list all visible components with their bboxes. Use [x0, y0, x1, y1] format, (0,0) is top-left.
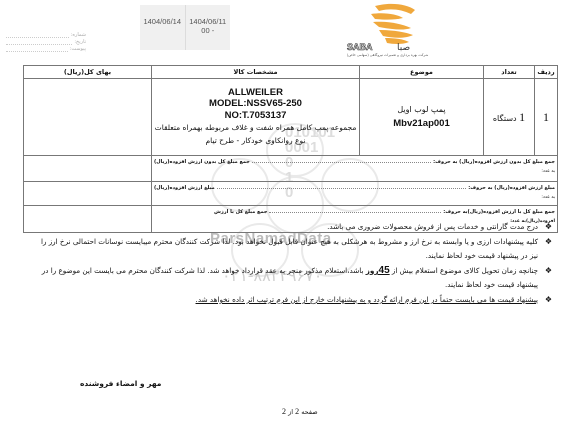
- cell-subject: پمپ لوب اویل Mbv21ap001: [360, 79, 484, 156]
- logo-subtitle: شرکت بهره برداری و تعمیرات نیروگاهی (سها…: [347, 53, 428, 57]
- bullet-icon: ❖: [545, 293, 552, 308]
- note-text-underlined: پیشنهاد قیمت ها می بایست حتماً در این فر…: [196, 295, 538, 304]
- meta-number-label: شماره:: [71, 32, 86, 38]
- page-label: صفحه: [301, 408, 318, 416]
- meta-date-line: [6, 40, 72, 45]
- col-header-price: بهای کل(ریال): [24, 66, 152, 79]
- spec-desc-1: مجموعه پمپ کامل همراه شفت و غلاف مربوطه …: [152, 121, 359, 134]
- spec-serial: NO:T.7053137: [152, 110, 359, 122]
- price-inquiry-table: ردیف تعداد موضوع مشخصات کالا بهای کل(ریا…: [23, 65, 558, 233]
- seller-signature-label: مهر و امضاء فروشنده: [80, 379, 161, 388]
- delivery-days: 45: [379, 265, 390, 276]
- svg-text:صبا: صبا: [397, 43, 410, 52]
- meta-date-label: تاریخ:: [74, 39, 86, 45]
- summary-value-vat[interactable]: [24, 182, 152, 206]
- summary-row-vat: مبلغ ارزش افزوده(ریال) به حروف:مبلغ ارزش…: [24, 182, 558, 206]
- summary-words: جمع مبلغ کل بدون ارزش افزوده(ریال) به حر…: [433, 159, 555, 165]
- page-total: 2: [282, 407, 286, 416]
- col-header-subject: موضوع: [360, 66, 484, 79]
- note-form-required: ❖ پیشنهاد قیمت ها می بایست حتماً در این …: [40, 293, 552, 308]
- svg-text:SABA: SABA: [347, 42, 373, 52]
- summary-words: جمع مبلغ کل با ارزش افزوده(ریال)به حروف:: [443, 209, 555, 215]
- subject-code: Mbv21ap001: [360, 117, 483, 131]
- date-deadline: 1404/06/14: [140, 5, 185, 50]
- page-number: صفحه 2 از 2: [282, 407, 318, 416]
- summary-label-cell: جمع مبلغ کل بدون ارزش افزوده(ریال) به حر…: [152, 156, 558, 182]
- note-text-pre: چنانچه زمان تحویل کالای موضوع استعلام بی…: [390, 266, 538, 275]
- note-currency: ❖ کلیه پیشنهادات ارزی و یا وابسته به نرخ…: [40, 235, 552, 264]
- terms-notes: ❖ درج مدت گارانتی و خدمات پس از فروش محص…: [40, 220, 552, 308]
- dotted-line: [217, 185, 467, 189]
- dotted-line: [252, 159, 431, 163]
- dotted-line: [269, 209, 441, 213]
- bullet-icon: ❖: [545, 235, 552, 250]
- cell-spec: ALLWEILER MODEL:NSSV65-250 NO:T.7053137 …: [152, 79, 360, 156]
- meta-number: شماره:: [6, 31, 86, 38]
- col-header-row: ردیف: [535, 66, 558, 79]
- summary-label: جمع مبلغ کل با ارزش: [214, 209, 267, 215]
- saba-logo: SABA صبا شرکت بهره برداری و تعمیرات نیرو…: [345, 2, 445, 60]
- meta-number-line: [6, 33, 69, 38]
- summary-label: جمع مبلغ کل بدون ارزش افزوده(ریال): [154, 159, 250, 165]
- date-box: 1404/06/14 1404/06/11 00 -: [140, 5, 230, 50]
- col-header-qty: تعداد: [484, 66, 535, 79]
- summary-label: مبلغ ارزش افزوده(ریال): [154, 185, 215, 191]
- saba-logo-icon: SABA صبا: [345, 2, 445, 52]
- cell-price[interactable]: [24, 79, 152, 156]
- summary-row-total-without-vat: جمع مبلغ کل بدون ارزش افزوده(ریال) به حر…: [24, 156, 558, 182]
- note-text: پیشنهاد قیمت ها می بایست حتماً در این فر…: [40, 293, 538, 308]
- table-row: 1 1 دستگاه پمپ لوب اویل Mbv21ap001 ALLWE…: [24, 79, 558, 156]
- note-delivery: ❖ چنانچه زمان تحویل کالای موضوع استعلام …: [40, 264, 552, 293]
- note-text: درج مدت گارانتی و خدمات پس از فروش محصول…: [40, 220, 538, 235]
- col-header-spec: مشخصات کالا: [152, 66, 360, 79]
- summary-words: مبلغ ارزش افزوده(ریال) به حروف:: [468, 185, 555, 191]
- bullet-icon: ❖: [545, 264, 552, 279]
- cell-row: 1: [535, 79, 558, 156]
- page-sep: از: [288, 408, 293, 416]
- qty-unit: دستگاه: [493, 114, 517, 123]
- subject-fa: پمپ لوب اویل: [360, 103, 483, 117]
- summary-value-total-without-vat[interactable]: [24, 156, 152, 182]
- bullet-icon: ❖: [545, 220, 552, 235]
- date-issued: 1404/06/11 00 -: [185, 5, 231, 50]
- letter-meta-fields: شماره: تاریخ: پیوست:: [6, 31, 86, 52]
- note-warranty: ❖ درج مدت گارانتی و خدمات پس از فروش محص…: [40, 220, 552, 235]
- qty-number: 1: [519, 110, 525, 124]
- note-text: چنانچه زمان تحویل کالای موضوع استعلام بی…: [40, 264, 538, 293]
- meta-date: تاریخ:: [6, 38, 86, 45]
- meta-attachment-label: پیوست:: [70, 46, 86, 52]
- meta-attachment-line: [6, 47, 68, 52]
- summary-label-cell: مبلغ ارزش افزوده(ریال) به حروف:مبلغ ارزش…: [152, 182, 558, 206]
- meta-attachment: پیوست:: [6, 45, 86, 52]
- table-header-row: ردیف تعداد موضوع مشخصات کالا بهای کل(ریا…: [24, 66, 558, 79]
- cell-qty: 1 دستگاه: [484, 79, 535, 156]
- note-text: کلیه پیشنهادات ارزی و یا وابسته به نرخ ا…: [40, 235, 538, 264]
- summary-digits-label: به عدد:: [154, 169, 555, 174]
- spec-desc-2: نوع روانکاوی خودکار - طرح تیام: [152, 134, 359, 147]
- summary-digits-label: به عدد:: [154, 195, 555, 200]
- delivery-unit: روز: [366, 266, 379, 275]
- spec-brand: ALLWEILER: [152, 87, 359, 99]
- spec-model: MODEL:NSSV65-250: [152, 98, 359, 110]
- page-current: 2: [295, 407, 299, 416]
